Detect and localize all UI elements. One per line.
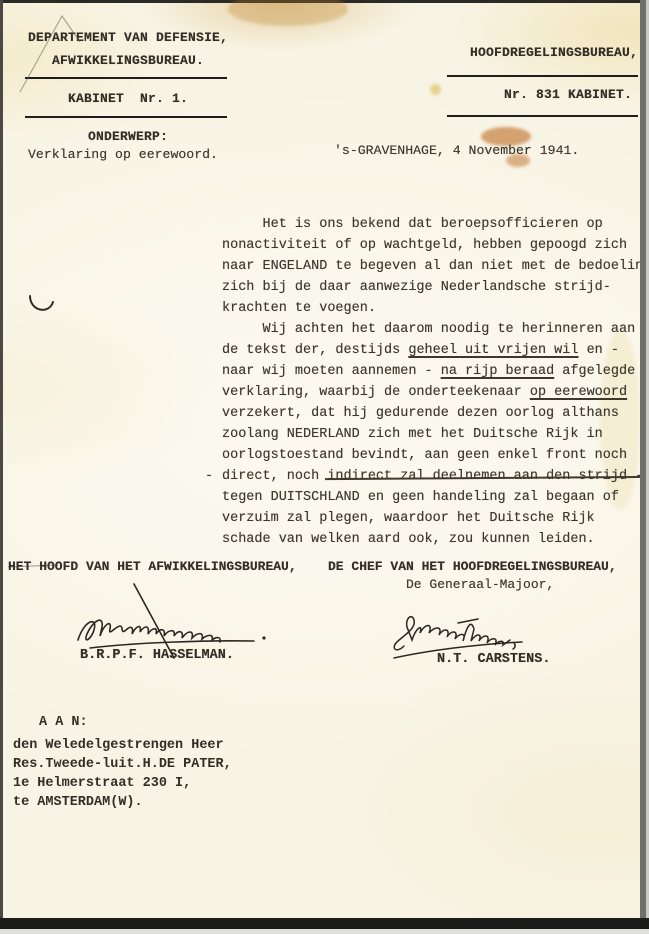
body-line: Wij achten het daarom noodig te herinner… <box>222 319 646 340</box>
scan-edge-bottom <box>0 918 649 929</box>
text-segment: afgelegde <box>554 364 635 379</box>
address-block: den Weledelgestrengen HeerRes.Tweede-lui… <box>13 736 232 812</box>
address-line: 1e Helmerstraat 230 I, <box>13 774 232 793</box>
rule-right-1 <box>447 75 638 77</box>
text-segment: krachten te voegen. <box>222 301 376 316</box>
address-label: A A N: <box>39 713 88 732</box>
text-segment: nonactiviteit of op wachtgeld, hebben ge… <box>222 238 627 253</box>
text-segment: zoolang NEDERLAND zich met het Duitsche … <box>222 427 603 442</box>
signature-subtitle-right: De Generaal-Majoor, <box>406 577 554 592</box>
underlined-text: na rijp beraad <box>441 364 554 379</box>
text-segment: oorlogstoestand bevindt, aan geen enkel … <box>222 448 627 463</box>
body-text: Het is ons bekend dat beroepsofficieren … <box>222 214 646 550</box>
dateline: 's-GRAVENHAGE, 4 November 1941. <box>334 143 579 158</box>
rule-left-1 <box>25 77 227 79</box>
text-segment: direct, noch <box>222 469 327 484</box>
body-line: -direct, noch indirect zal deelnemen aan… <box>222 466 646 487</box>
body-line: verklaring, waarbij de onderteekenaar op… <box>222 382 646 403</box>
text-segment: de tekst der, destijds <box>222 343 408 358</box>
department-name-line1: DEPARTEMENT VAN DEFENSIE, <box>26 27 230 48</box>
body-line: naar ENGELAND te begeven al dan niet met… <box>222 256 646 277</box>
underlined-text: geheel uit vrijen wil <box>408 343 578 358</box>
department-name-line2: AFWIKKELINGSBUREAU. <box>26 50 230 71</box>
text-segment: tegen DUITSCHLAND en geen handeling zal … <box>222 490 619 505</box>
body-line: nonactiviteit of op wachtgeld, hebben ge… <box>222 235 646 256</box>
signature-title-left: HET HOOFD VAN HET AFWIKKELINGSBUREAU, <box>8 559 297 574</box>
signature-title-right: DE CHEF VAN HET HOOFDREGELINGSBUREAU, <box>328 559 617 574</box>
text-segment: verzekert, dat hij gedurende dezen oorlo… <box>222 406 619 421</box>
address-line: Res.Tweede-luit.H.DE PATER, <box>13 755 232 774</box>
dossier-number: Nr. 831 KABINET. <box>440 87 640 102</box>
struck-text: indirect zal deelnemen aan den strijd - <box>327 469 643 484</box>
body-line: schade van welken aard ook, zou kunnen l… <box>222 529 646 550</box>
text-segment: naar ENGELAND te begeven al dan niet met… <box>222 259 643 274</box>
text-segment: Wij achten het daarom noodig te herinner… <box>222 322 635 337</box>
onderwerp-label: ONDERWERP: <box>26 126 230 147</box>
text-segment: verklaring, waarbij de onderteekenaar <box>222 385 530 400</box>
bureau-name: HOOFDREGELINGSBUREAU, <box>446 45 638 60</box>
scan-edge-left <box>0 0 3 920</box>
underlined-text: op eerewoord <box>530 385 627 400</box>
carstens-signature <box>390 596 600 660</box>
text-segment: verzuim zal plegen, waardoor het Duitsch… <box>222 511 595 526</box>
text-segment: schade van welken aard ook, zou kunnen l… <box>222 532 595 547</box>
address-line: te AMSTERDAM(W). <box>13 793 232 812</box>
body-line: naar wij moeten aannemen - na rijp beraa… <box>222 361 646 382</box>
signature-name-right: N.T. CARSTENS. <box>437 652 550 667</box>
rule-left-2 <box>25 116 227 118</box>
rule-right-2 <box>447 115 638 117</box>
text-segment: zich bij de daar aanwezige Nederlandsche… <box>222 280 611 295</box>
body-line: verzekert, dat hij gedurende dezen oorlo… <box>222 403 646 424</box>
body-line: de tekst der, destijds geheel uit vrijen… <box>222 340 646 361</box>
text-segment: naar wij moeten aannemen - <box>222 364 441 379</box>
body-line: oorlogstoestand bevindt, aan geen enkel … <box>222 445 646 466</box>
signature-name-left: B.R.P.F. HASSELMAN. <box>80 648 234 663</box>
text-segment: en - <box>578 343 619 358</box>
body-line: zoolang NEDERLAND zich met het Duitsche … <box>222 424 646 445</box>
body-line: Het is ons bekend dat beroepsofficieren … <box>222 214 646 235</box>
margin-dash: - <box>205 466 213 487</box>
body-line: tegen DUITSCHLAND en geen handeling zal … <box>222 487 646 508</box>
body-line: zich bij de daar aanwezige Nederlandsche… <box>222 277 646 298</box>
kabinet-number: KABINET Nr. 1. <box>26 88 230 109</box>
body-line: verzuim zal plegen, waardoor het Duitsch… <box>222 508 646 529</box>
text-segment: Het is ons bekend dat beroepsofficieren … <box>222 217 603 232</box>
onderwerp-value: Verklaring op eerewoord. <box>28 147 218 162</box>
body-line: krachten te voegen. <box>222 298 646 319</box>
address-line: den Weledelgestrengen Heer <box>13 736 232 755</box>
scanned-letter-page: DEPARTEMENT VAN DEFENSIE, AFWIKKELINGSBU… <box>0 0 649 934</box>
